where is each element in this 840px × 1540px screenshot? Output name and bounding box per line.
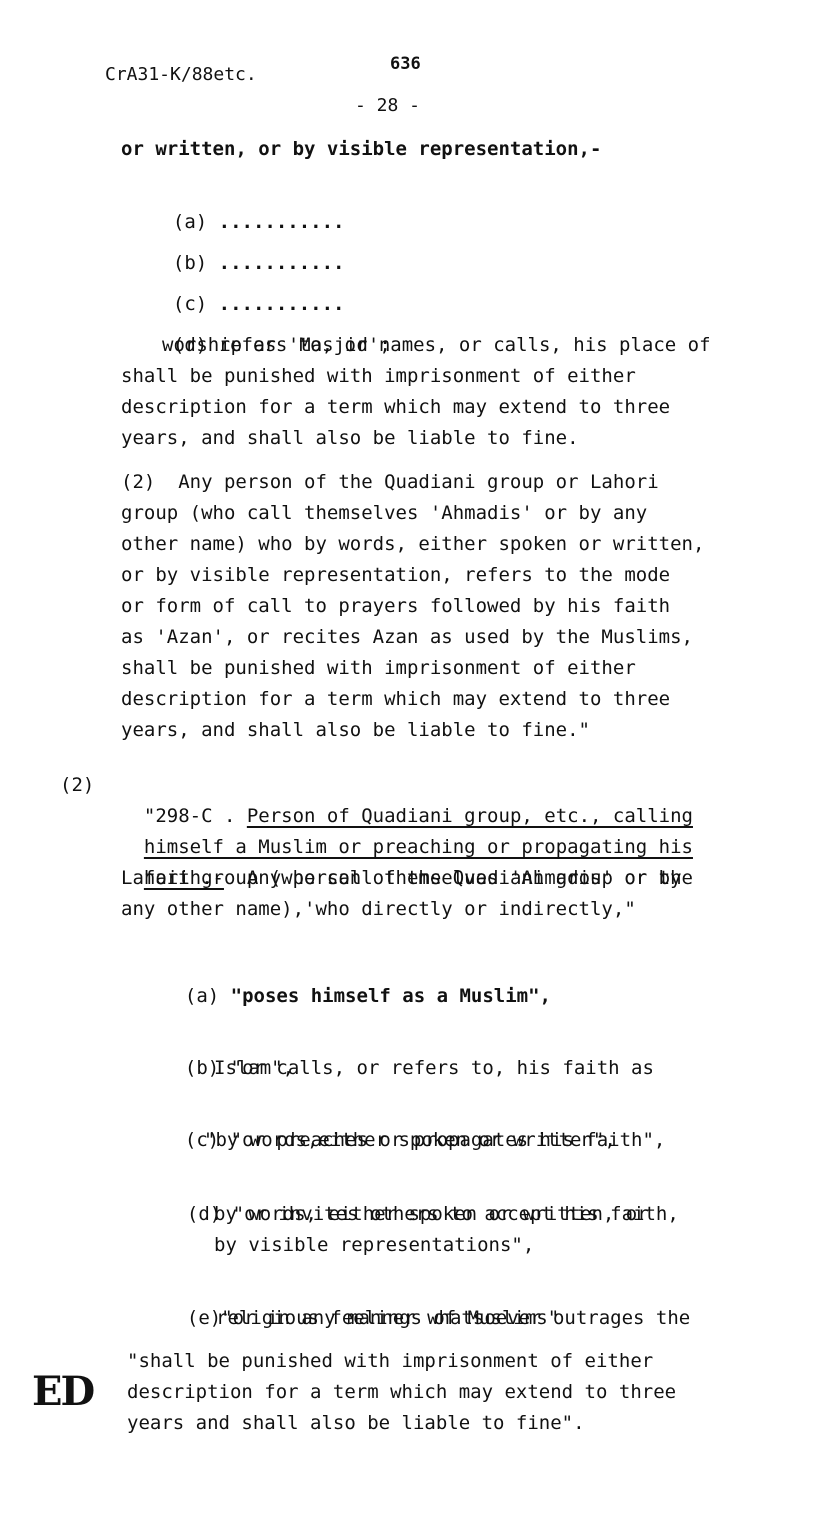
clause-text: "poses himself as a Muslim", [231, 985, 551, 1007]
subsection-2-line: as 'Azan', or recites Azan as used by th… [121, 622, 693, 653]
penalty-line-1: shall be punished with imprisonment of e… [121, 361, 636, 392]
page-stamp: 636 [390, 54, 421, 74]
clause-text: "or calls, or refers to, his faith as [231, 1057, 654, 1079]
clause-d-cont: by visible representations", [214, 1230, 534, 1261]
penalty-line-2: description for a term which may extend … [121, 392, 670, 423]
subsection-2-line: other name) who by words, either spoken … [121, 529, 704, 560]
subsection-2-line: shall be punished with imprisonment of e… [121, 653, 636, 684]
margin-mark: ED [32, 1368, 93, 1415]
continuation-line: or written, or by visible representation… [121, 134, 601, 165]
clause-d-cont: worship as 'Masjid'; [162, 330, 391, 361]
case-reference: CrA31-K/88etc. [105, 64, 257, 85]
clause-a: (a) "poses himself as a Muslim", [162, 950, 551, 1012]
subsection-2-line: or by visible representation, refers to … [121, 560, 670, 591]
clause-d-cont: by words, either spoken or written, or [214, 1199, 649, 1230]
section-penalty-line: "shall be punished with imprisonment of … [127, 1346, 653, 1377]
subsection-2-line: (2) Any person of the Quadiani group or … [121, 467, 659, 498]
section-body-line: Lahori group (who call themselves 'Ahmad… [121, 863, 682, 894]
section-penalty-line: years and shall also be liable to fine". [127, 1408, 585, 1439]
subsection-2-line: years, and shall also be liable to fine.… [121, 715, 590, 746]
page-number: - 28 - [355, 95, 420, 116]
section-number: (2) [60, 770, 94, 801]
subsection-2-line: description for a term which may extend … [121, 684, 670, 715]
clause-label: (a) [185, 985, 219, 1007]
subsection-2-line: group (who call themselves 'Ahmadis' or … [121, 498, 647, 529]
penalty-line-3: years, and shall also be liable to fine. [121, 423, 579, 454]
subsection-2-line: or form of call to prayers followed by h… [121, 591, 670, 622]
section-penalty-line: description for a term which may extend … [127, 1377, 676, 1408]
clause-e-cont: religious feelings of Muslims" [216, 1303, 559, 1334]
clause-b-cont: Islam", [214, 1053, 294, 1084]
clause-c-cont: "by words,either spoken or written", [204, 1125, 616, 1156]
section-body-line: any other name),'who directly or indirec… [121, 894, 636, 925]
